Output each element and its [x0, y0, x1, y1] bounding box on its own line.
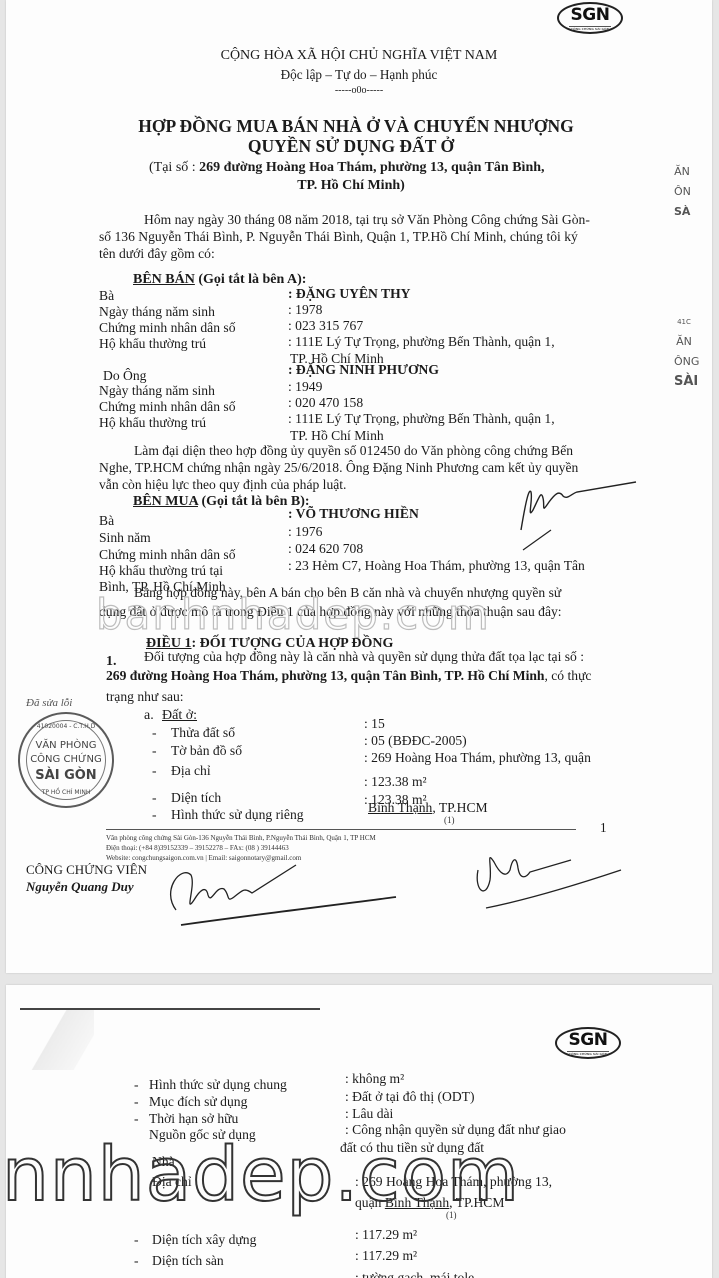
land-row-label: Thửa đất số: [171, 725, 235, 741]
contract-address: (Tại số : 269 đường Hoàng Hoa Thám, phườ…: [149, 160, 545, 176]
land-row-bullet: -: [152, 743, 157, 759]
agreement-line1: Bằng hợp đồng này, bên A bán cho bên B c…: [134, 585, 561, 602]
page2-row-bullet: -: [134, 1111, 139, 1127]
seller2-dob: : 1949: [288, 379, 322, 395]
land-row-label: Địa chỉ: [171, 763, 211, 779]
page2-area-value: : 117.29 m²: [355, 1227, 417, 1243]
intro-line2: số 136 Nguyễn Thái Bình, P. Nguyễn Thái …: [99, 229, 578, 246]
seller2-id: : 020 470 158: [288, 395, 363, 411]
seller1-address: : 111E Lý Tự Trọng, phường Bến Thành, qu…: [288, 334, 555, 350]
seller1-dob-label: Ngày tháng năm sinh: [99, 304, 215, 320]
buyer-heading: BÊN MUA (Gọi tắt là bên B):: [133, 494, 310, 510]
land-row-value: : 269 Hoàng Hoa Thám, phường 13, quận: [364, 750, 591, 766]
page2-row-value: : Lâu dài: [345, 1106, 393, 1122]
article1-line3: trạng như sau:: [106, 689, 184, 706]
notary-title: CÔNG CHỨNG VIÊN: [26, 862, 147, 878]
land-row-bullet: -: [152, 725, 157, 741]
page2-area-bullet: -: [134, 1253, 139, 1269]
page2-area-bullet: -: [134, 1232, 139, 1248]
land-row-value: : 05 (BĐĐC-2005): [364, 733, 467, 749]
signature-notary-icon: [156, 855, 436, 930]
margin-stamp-fragment-bottom: 41C ĂN ÔNG SÀI: [674, 312, 694, 392]
house-address-label: Địa chỉ: [152, 1174, 192, 1190]
page2-area-label: Diện tích sàn: [152, 1253, 224, 1269]
land-row-bullet: -: [152, 763, 157, 779]
notary-stamp: 41020004 - C.T.H.D VĂN PHÒNG CÔNG CHỨNG …: [18, 712, 114, 808]
buyer-id: : 024 620 708: [288, 541, 363, 557]
house-address: : 269 Hoàng Hoa Thám, phường 13,: [355, 1174, 552, 1190]
motto: Độc lập – Tự do – Hạnh phúc: [6, 67, 712, 83]
logo-text: SGN: [571, 5, 610, 25]
contract-address-city: TP. Hồ Chí Minh): [6, 178, 696, 194]
buyer-dob: : 1976: [288, 524, 322, 540]
land-row-label: Hình thức sử dụng riêng: [171, 807, 304, 823]
land-row-bullet: -: [152, 790, 157, 806]
page2-area-label: Diện tích xây dựng: [152, 1232, 256, 1248]
sgn-logo-page2: SGN CÔNG CHỨNG SÀI GÒN: [555, 1027, 621, 1059]
page2-row-bullet: -: [134, 1077, 139, 1093]
seller1-name: : ĐẶNG UYÊN THY: [288, 286, 410, 302]
handwritten-note: (1): [444, 815, 455, 825]
seller-heading: BÊN BÁN (Gọi tắt là bên A):: [133, 272, 306, 288]
seller1-id: : 023 315 767: [288, 318, 363, 334]
seller1-dob: : 1978: [288, 302, 322, 318]
page2-row-label: Hình thức sử dụng chung: [149, 1077, 287, 1093]
page-number: 1: [600, 820, 607, 836]
contract-title-line1: HỢP ĐỒNG MUA BÁN NHÀ Ở VÀ CHUYỂN NHƯỢNG: [6, 116, 706, 137]
article1-line1: Đối tượng của hợp đồng này là căn nhà và…: [144, 649, 584, 666]
page2-area-value: : 117.29 m²: [355, 1248, 417, 1264]
structure-value: : tường gạch, mái tole: [355, 1270, 474, 1278]
document-page-1: SGN CÔNG CHỨNG SÀI GÒN CỘNG HÒA XÃ HỘI C…: [6, 0, 712, 973]
logo-subtext: CÔNG CHỨNG SÀI GÒN: [569, 26, 611, 31]
page2-row-value: : Công nhận quyền sử dụng đất như giao: [345, 1122, 566, 1138]
seller2-address: : 111E Lý Tự Trọng, phường Bến Thành, qu…: [288, 411, 555, 427]
article1-line2: 269 đường Hoàng Hoa Thám, phường 13, quậ…: [106, 668, 591, 685]
origin-continuation: đất có thu tiền sử dụng đất: [340, 1140, 484, 1156]
handwritten-note-page2: (1): [446, 1210, 457, 1220]
page2-row-value: : Đất ở tại đô thị (ODT): [345, 1089, 475, 1105]
seller2-dob-label: Ngày tháng năm sinh: [99, 383, 215, 399]
land-row-label: Diện tích: [171, 790, 221, 806]
signature-seller-icon: [511, 480, 641, 555]
house-address-continuation: quận Bình Thạnh, TP.HCM: [355, 1195, 504, 1211]
representation-line1: Làm đại diện theo hợp đồng ủy quyền số 0…: [134, 443, 573, 460]
intro-line3: tên dưới đây gồm có:: [99, 246, 215, 263]
page2-row-bullet: -: [134, 1094, 139, 1110]
buyer-id-label: Chứng minh nhân dân số: [99, 547, 236, 563]
buyer-dob-label: Sinh năm: [99, 530, 151, 546]
representation-line3: vẫn còn hiệu lực theo quy định của pháp …: [99, 477, 346, 494]
seller2-address-label: Hộ khẩu thường trú: [99, 415, 206, 431]
house-label: Nhà: [152, 1154, 175, 1170]
page2-row-label: Thời hạn sở hữu: [149, 1111, 238, 1127]
intro-line1: Hôm nay ngày 30 tháng 08 năm 2018, tại t…: [144, 212, 590, 229]
handwritten-correction: Đã sửa lỗi: [26, 697, 72, 709]
signature-buyer-icon: [466, 840, 636, 920]
document-page-2: SGN CÔNG CHỨNG SÀI GÒN - Hình thức sử dụ…: [6, 985, 712, 1278]
footer-phone: Điện thoại: (+84 8)39152339 – 39152278 –…: [106, 844, 289, 852]
margin-stamp-fragment-top: ĂN ÔN SÀ: [674, 162, 690, 222]
land-row-value: : 15: [364, 716, 385, 732]
seller1-title-label: Bà: [99, 288, 114, 304]
seller2-name: : ĐẶNG NINH PHƯƠNG: [288, 362, 439, 378]
seller2-address-city: TP. Hồ Chí Minh: [290, 428, 384, 444]
land-address-continuation: Bình Thạnh, TP.HCM: [368, 800, 488, 816]
buyer-title-label: Bà: [99, 513, 114, 529]
seller2-title-label: Do Ông: [103, 368, 146, 384]
sub-a-label: Đất ở:: [162, 708, 197, 724]
buyer-address: : 23 Hẻm C7, Hoàng Hoa Thám, phường 13, …: [288, 558, 585, 574]
footer-office: Văn phòng công chứng Sài Gòn-136 Nguyễn …: [106, 834, 376, 842]
sgn-logo: SGN CÔNG CHỨNG SÀI GÒN: [557, 2, 623, 34]
representation-line2: Nghe, TP.HCM chứng nhận ngày 25/6/2018. …: [99, 460, 578, 477]
page2-row-label: Mục đích sử dụng: [149, 1094, 247, 1110]
header-separator: -----o0o-----: [6, 85, 712, 96]
scan-shadow: [24, 1010, 94, 1070]
land-row-bullet: -: [152, 807, 157, 823]
agreement-line2: dụng đất ở được mô tả trong Điều 1 của h…: [99, 604, 562, 621]
seller1-id-label: Chứng minh nhân dân số: [99, 320, 236, 336]
footer-divider: [106, 829, 576, 830]
page2-row-label: Nguồn gốc sử dụng: [149, 1127, 256, 1143]
country-header: CỘNG HÒA XÃ HỘI CHỦ NGHĨA VIỆT NAM: [6, 48, 712, 64]
contract-title-line2: QUYỀN SỬ DỤNG ĐẤT Ở: [6, 136, 696, 157]
page2-row-value: : không m²: [345, 1071, 404, 1087]
buyer-name: : VÕ THƯƠNG HIỀN: [288, 506, 419, 522]
seller1-address-label: Hộ khẩu thường trú: [99, 336, 206, 352]
land-row-label: Tờ bản đồ số: [171, 743, 242, 759]
land-row-value: : 123.38 m²: [364, 774, 427, 790]
notary-name: Nguyễn Quang Duy: [26, 879, 134, 895]
seller2-id-label: Chứng minh nhân dân số: [99, 399, 236, 415]
sub-a-marker: a.: [144, 708, 154, 724]
buyer-address-label: Hộ khẩu thường trú tại: [99, 563, 223, 579]
